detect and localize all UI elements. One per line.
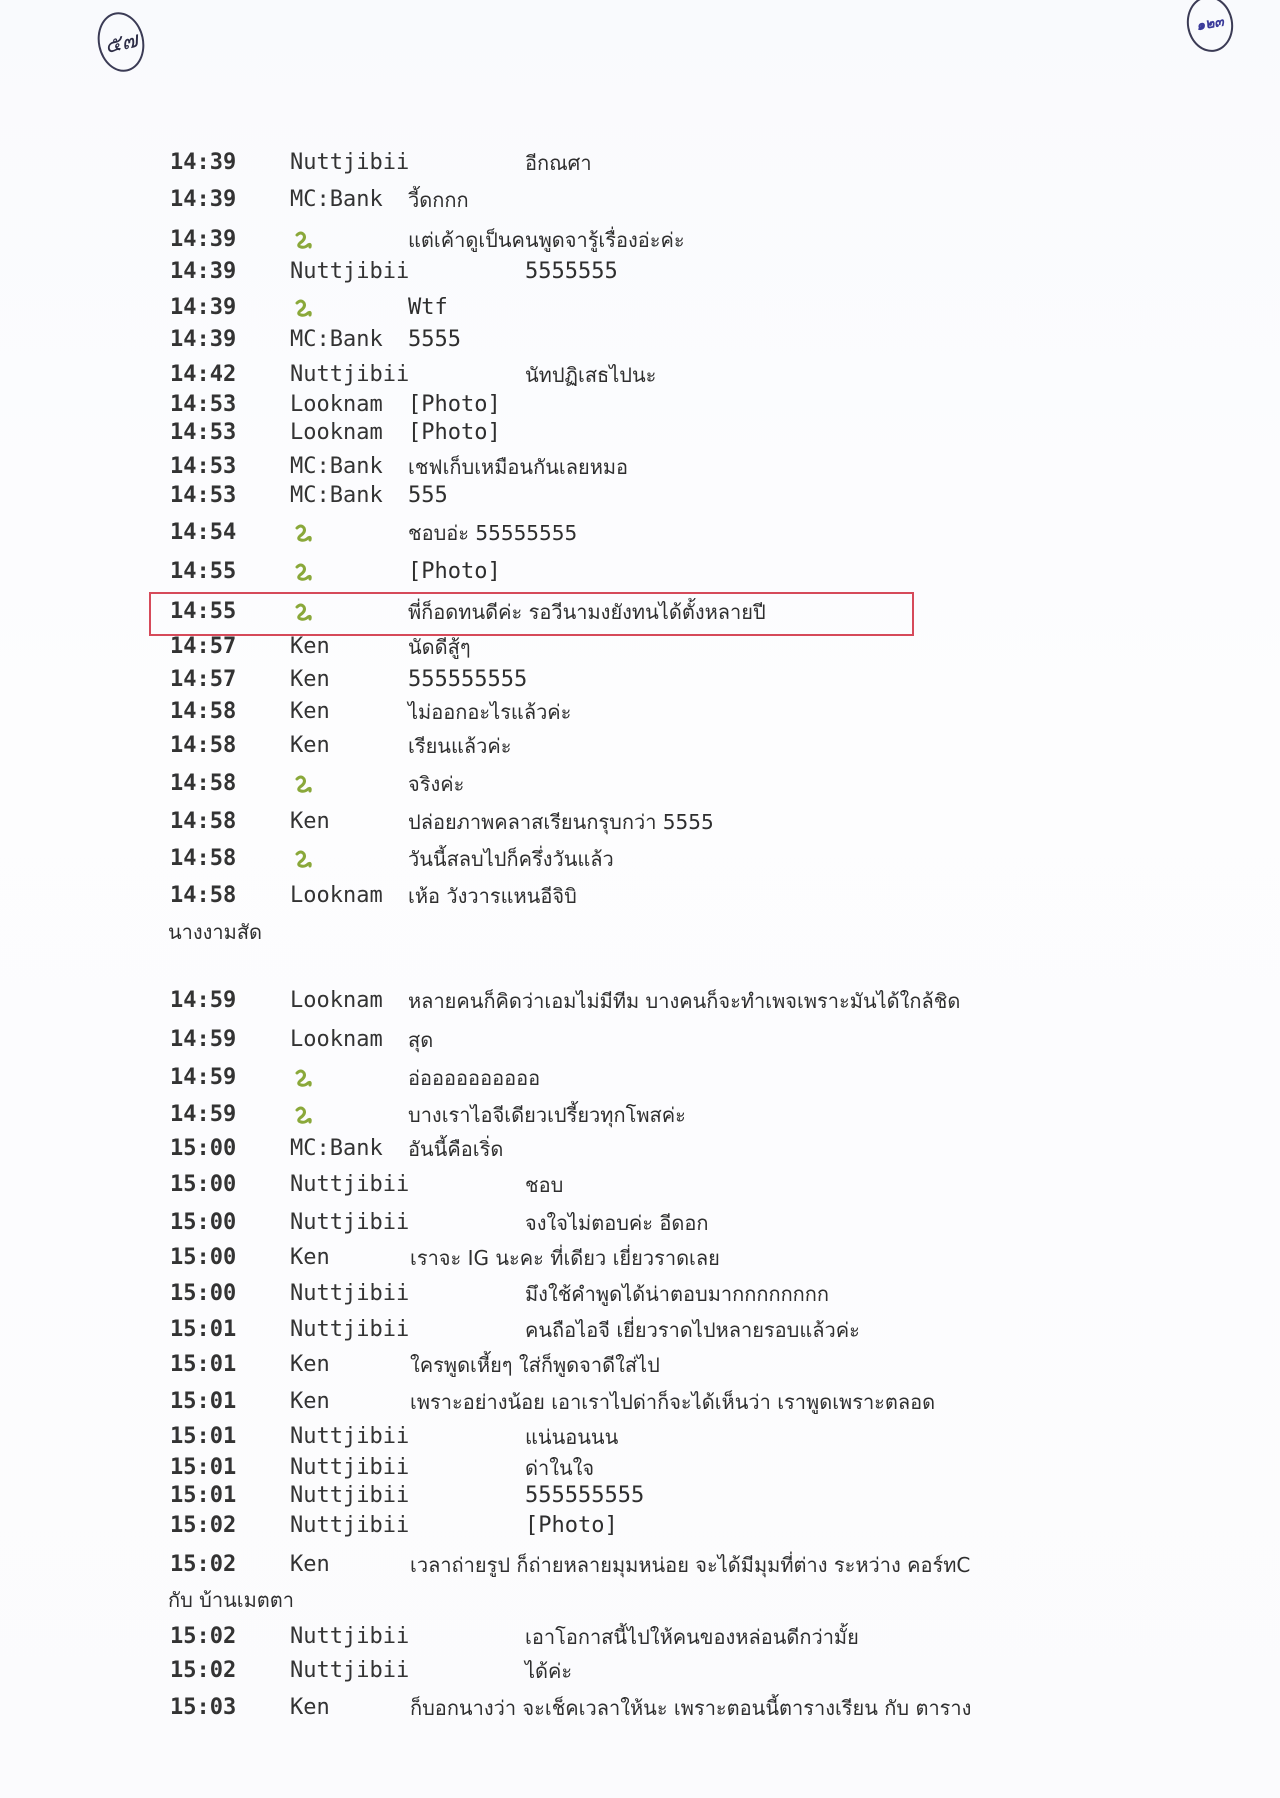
chat-row: 14:39แต่เค้าดูเป็นคนพูดจารู้เรื่องอ่ะค่ะ xyxy=(0,225,1280,255)
timestamp: 14:39 xyxy=(170,185,236,215)
sender-name: Nuttjibii xyxy=(290,148,409,178)
sender-name: MC:Bank xyxy=(290,481,383,511)
message-text: Wtf xyxy=(408,293,448,323)
highlight-box xyxy=(149,592,914,636)
message-text: ได้ค่ะ xyxy=(525,1656,572,1686)
chat-row: 14:58วันนี้สลบไปก็ครึ่งวันแล้ว xyxy=(0,844,1280,874)
sender-name: Looknam xyxy=(290,418,383,448)
message-text: นัทปฏิเสธไปนะ xyxy=(525,360,656,390)
snake-sticker-icon xyxy=(292,1104,314,1126)
timestamp: 15:00 xyxy=(170,1170,236,1200)
snake-sticker-icon xyxy=(292,229,314,251)
message-text: [Photo] xyxy=(408,390,501,420)
message-text: ชอบ xyxy=(525,1170,563,1200)
chat-row: 15:02Nuttjibiiได้ค่ะ xyxy=(0,1656,1280,1686)
message-continuation: นางงามสัด xyxy=(168,917,262,947)
message-text: 555555555 xyxy=(408,665,527,695)
chat-row: 14:58Kenปล่อยภาพคลาสเรียนกรุบกว่า 5555 xyxy=(0,807,1280,837)
message-text: ใครพูดเหี้ยๆ ใส่ก็พูดจาดีใส่ไป xyxy=(410,1350,660,1380)
chat-row: 15:02Kenเวลาถ่ายรูป ก็ถ่ายหลายมุมหน่อย จ… xyxy=(0,1550,1280,1580)
sender-name: Ken xyxy=(290,1550,330,1580)
timestamp: 15:03 xyxy=(170,1693,236,1723)
message-text: สุด xyxy=(408,1025,433,1055)
chat-row: 14:53Looknam[Photo] xyxy=(0,418,1280,448)
message-text: เรียนแล้วค่ะ xyxy=(408,731,511,761)
chat-row: 15:00MC:Bankอันนี้คือเริ่ด xyxy=(0,1134,1280,1164)
sender-name: Nuttjibii xyxy=(290,1511,409,1541)
message-text: 555 xyxy=(408,481,448,511)
timestamp: 14:53 xyxy=(170,481,236,511)
sender-name: Ken xyxy=(290,665,330,695)
sender-name: MC:Bank xyxy=(290,185,383,215)
message-text: ไม่ออกอะไรแล้วค่ะ xyxy=(408,697,571,727)
sender-name: MC:Bank xyxy=(290,325,383,355)
message-text: ก็บอกนางว่า จะเช็คเวลาให้นะ เพราะตอนนี้ต… xyxy=(410,1693,971,1723)
sender-name: Nuttjibii xyxy=(290,1279,409,1309)
message-text: 555555555 xyxy=(525,1481,644,1511)
message-text: เชฟเก็บเหมือนกันเลยหมอ xyxy=(408,452,628,482)
chat-row: 14:59บางเราไอจีเดียวเปรี้ยวทุกโพสค่ะ xyxy=(0,1100,1280,1130)
chat-row: 15:01Kenเพราะอย่างน้อย เอาเราไปด่าก็จะได… xyxy=(0,1387,1280,1417)
scanned-page: ๕๗ ๑๒๓ 14:39Nuttjibiiอีกณศา14:39MC:Bankว… xyxy=(0,0,1280,1798)
sender-name: Nuttjibii xyxy=(290,1622,409,1652)
timestamp: 14:39 xyxy=(170,257,236,287)
timestamp: 14:54 xyxy=(170,518,236,548)
timestamp: 15:00 xyxy=(170,1279,236,1309)
sender-name: Nuttjibii xyxy=(290,1315,409,1345)
timestamp: 14:59 xyxy=(170,1063,236,1093)
message-text: มึงใช้คำพูดได้น่าตอบมากกกกกกกก xyxy=(525,1279,829,1309)
message-text: ด่าในใจ xyxy=(525,1453,594,1483)
chat-row: 14:39MC:Bankวี้ดกกก xyxy=(0,185,1280,215)
timestamp: 15:01 xyxy=(170,1387,236,1417)
chat-row: 15:01Nuttjibiiด่าในใจ xyxy=(0,1453,1280,1483)
sender-name: MC:Bank xyxy=(290,1134,383,1164)
handwritten-page-number-right: ๑๒๓ xyxy=(1182,0,1237,56)
message-text: [Photo] xyxy=(525,1511,618,1541)
message-text: เพราะอย่างน้อย เอาเราไปด่าก็จะได้เห็นว่า… xyxy=(410,1387,935,1417)
message-text: อ่ออออออออออ xyxy=(408,1063,540,1093)
sender-name: Ken xyxy=(290,1693,330,1723)
timestamp: 14:58 xyxy=(170,697,236,727)
message-text: หลายคนก็คิดว่าเอมไม่มีทีม บางคนก็จะทำเพจ… xyxy=(408,986,960,1016)
timestamp: 15:02 xyxy=(170,1511,236,1541)
message-text: ปล่อยภาพคลาสเรียนกรุบกว่า 5555 xyxy=(408,807,714,837)
chat-row: 15:01Kenใครพูดเหี้ยๆ ใส่ก็พูดจาดีใส่ไป xyxy=(0,1350,1280,1380)
timestamp: 14:59 xyxy=(170,1100,236,1130)
chat-row: 14:58จริงค่ะ xyxy=(0,769,1280,799)
message-text: 5555 xyxy=(408,325,461,355)
chat-row: 15:02Nuttjibii[Photo] xyxy=(0,1511,1280,1541)
timestamp: 14:53 xyxy=(170,418,236,448)
chat-row: 15:01Nuttjibiiแน่นอนนน xyxy=(0,1422,1280,1452)
timestamp: 14:57 xyxy=(170,632,236,662)
timestamp: 15:01 xyxy=(170,1422,236,1452)
timestamp: 14:39 xyxy=(170,293,236,323)
sender-name: Ken xyxy=(290,632,330,662)
sender-name: Ken xyxy=(290,1243,330,1273)
message-text: นัดดีสู้ๆ xyxy=(408,632,471,662)
snake-sticker-icon xyxy=(292,773,314,795)
timestamp: 15:01 xyxy=(170,1453,236,1483)
chat-row: 14:42Nuttjibiiนัทปฏิเสธไปนะ xyxy=(0,360,1280,390)
chat-row: 14:55[Photo] xyxy=(0,557,1280,587)
snake-sticker-icon xyxy=(292,297,314,319)
timestamp: 14:58 xyxy=(170,731,236,761)
timestamp: 14:58 xyxy=(170,844,236,874)
timestamp: 14:59 xyxy=(170,1025,236,1055)
snake-sticker-icon xyxy=(292,522,314,544)
sender-name: Looknam xyxy=(290,390,383,420)
snake-sticker-icon xyxy=(292,848,314,870)
page-number-text: ๑๒๓ xyxy=(1194,11,1225,37)
message-text: [Photo] xyxy=(408,418,501,448)
message-text: เอาโอกาสนี้ไปให้คนของหล่อนดีกว่ามั้ย xyxy=(525,1622,859,1652)
chat-row: 15:00Nuttjibiiชอบ xyxy=(0,1170,1280,1200)
sender-name: Nuttjibii xyxy=(290,257,409,287)
timestamp: 15:01 xyxy=(170,1481,236,1511)
timestamp: 15:02 xyxy=(170,1550,236,1580)
chat-row: 14:53Looknam[Photo] xyxy=(0,390,1280,420)
chat-row: 15:00Nuttjibiiจงใจไม่ตอบค่ะ อีดอก xyxy=(0,1208,1280,1238)
timestamp: 14:39 xyxy=(170,148,236,178)
message-text: จงใจไม่ตอบค่ะ อีดอก xyxy=(525,1208,709,1238)
sender-name: MC:Bank xyxy=(290,452,383,482)
chat-row: 14:58Kenไม่ออกอะไรแล้วค่ะ xyxy=(0,697,1280,727)
sender-name: Ken xyxy=(290,697,330,727)
message-text: วันนี้สลบไปก็ครึ่งวันแล้ว xyxy=(408,844,614,874)
chat-row: 15:01Nuttjibii555555555 xyxy=(0,1481,1280,1511)
message-text: เวลาถ่ายรูป ก็ถ่ายหลายมุมหน่อย จะได้มีมุ… xyxy=(410,1550,970,1580)
chat-row: 15:00Kenเราจะ IG นะคะ ที่เดียว เยี่ยวราด… xyxy=(0,1243,1280,1273)
snake-sticker-icon xyxy=(292,1067,314,1089)
message-text: อันนี้คือเริ่ด xyxy=(408,1134,503,1164)
timestamp: 15:02 xyxy=(170,1656,236,1686)
message-text: เราจะ IG นะคะ ที่เดียว เยี่ยวราดเลย xyxy=(410,1243,720,1273)
chat-row: 14:59อ่ออออออออออ xyxy=(0,1063,1280,1093)
timestamp: 15:00 xyxy=(170,1208,236,1238)
sender-name: Ken xyxy=(290,1350,330,1380)
chat-row: 14:53MC:Bank555 xyxy=(0,481,1280,511)
message-text: แต่เค้าดูเป็นคนพูดจารู้เรื่องอ่ะค่ะ xyxy=(408,225,685,255)
sender-name: Looknam xyxy=(290,1025,383,1055)
timestamp: 14:57 xyxy=(170,665,236,695)
timestamp: 14:58 xyxy=(170,881,236,911)
chat-row: 14:53MC:Bankเชฟเก็บเหมือนกันเลยหมอ xyxy=(0,452,1280,482)
message-text: แน่นอนนน xyxy=(525,1422,618,1452)
sender-name: Looknam xyxy=(290,986,383,1016)
message-text: [Photo] xyxy=(408,557,501,587)
chat-row: 14:57Kenนัดดีสู้ๆ xyxy=(0,632,1280,662)
message-text: เห้อ วังวารแหนอีจิบิ xyxy=(408,881,577,911)
chat-row: 14:39Nuttjibii5555555 xyxy=(0,257,1280,287)
message-text: ชอบอ่ะ 55555555 xyxy=(408,518,577,548)
timestamp: 14:55 xyxy=(170,557,236,587)
sender-name: Nuttjibii xyxy=(290,1453,409,1483)
timestamp: 14:53 xyxy=(170,390,236,420)
chat-row: 14:59Looknamหลายคนก็คิดว่าเอมไม่มีทีม บา… xyxy=(0,986,1280,1016)
chat-row: 14:39MC:Bank5555 xyxy=(0,325,1280,355)
sender-name: Nuttjibii xyxy=(290,1422,409,1452)
sender-name: Nuttjibii xyxy=(290,1170,409,1200)
message-text: วี้ดกกก xyxy=(408,185,469,215)
timestamp: 14:58 xyxy=(170,769,236,799)
chat-row: 15:00Nuttjibiiมึงใช้คำพูดได้น่าตอบมากกกก… xyxy=(0,1279,1280,1309)
timestamp: 14:58 xyxy=(170,807,236,837)
message-text: อีกณศา xyxy=(525,148,592,178)
sender-name: Nuttjibii xyxy=(290,1208,409,1238)
sender-name: Nuttjibii xyxy=(290,360,409,390)
chat-row: 14:39Nuttjibiiอีกณศา xyxy=(0,148,1280,178)
timestamp: 15:00 xyxy=(170,1134,236,1164)
sender-name: Nuttjibii xyxy=(290,1656,409,1686)
sender-name: Ken xyxy=(290,807,330,837)
timestamp: 14:42 xyxy=(170,360,236,390)
chat-row: 15:03Kenก็บอกนางว่า จะเช็คเวลาให้นะ เพรา… xyxy=(0,1693,1280,1723)
timestamp: 15:02 xyxy=(170,1622,236,1652)
timestamp: 14:39 xyxy=(170,325,236,355)
timestamp: 15:00 xyxy=(170,1243,236,1273)
sender-name: Nuttjibii xyxy=(290,1481,409,1511)
chat-row: 15:01Nuttjibiiคนถือไอจี เยี่ยวราดไปหลายร… xyxy=(0,1315,1280,1345)
sender-name: Looknam xyxy=(290,881,383,911)
message-text: คนถือไอจี เยี่ยวราดไปหลายรอบแล้วค่ะ xyxy=(525,1315,860,1345)
chat-row: 14:57Ken555555555 xyxy=(0,665,1280,695)
timestamp: 14:53 xyxy=(170,452,236,482)
chat-row: 14:58Kenเรียนแล้วค่ะ xyxy=(0,731,1280,761)
page-number-text: ๕๗ xyxy=(101,21,141,62)
message-continuation: กับ บ้านเมตตา xyxy=(168,1585,294,1615)
message-text: บางเราไอจีเดียวเปรี้ยวทุกโพสค่ะ xyxy=(408,1100,686,1130)
chat-row: 15:02Nuttjibiiเอาโอกาสนี้ไปให้คนของหล่อน… xyxy=(0,1622,1280,1652)
sender-name: Ken xyxy=(290,1387,330,1417)
timestamp: 14:39 xyxy=(170,225,236,255)
timestamp: 15:01 xyxy=(170,1350,236,1380)
chat-row: 14:58Looknamเห้อ วังวารแหนอีจิบิ xyxy=(0,881,1280,911)
timestamp: 15:01 xyxy=(170,1315,236,1345)
message-text: 5555555 xyxy=(525,257,618,287)
message-text: จริงค่ะ xyxy=(408,769,464,799)
sender-name: Ken xyxy=(290,731,330,761)
chat-row: 14:59Looknamสุด xyxy=(0,1025,1280,1055)
handwritten-page-number-left: ๕๗ xyxy=(92,8,149,76)
chat-row: 14:39Wtf xyxy=(0,293,1280,323)
chat-row: 14:54ชอบอ่ะ 55555555 xyxy=(0,518,1280,548)
timestamp: 14:59 xyxy=(170,986,236,1016)
snake-sticker-icon xyxy=(292,561,314,583)
